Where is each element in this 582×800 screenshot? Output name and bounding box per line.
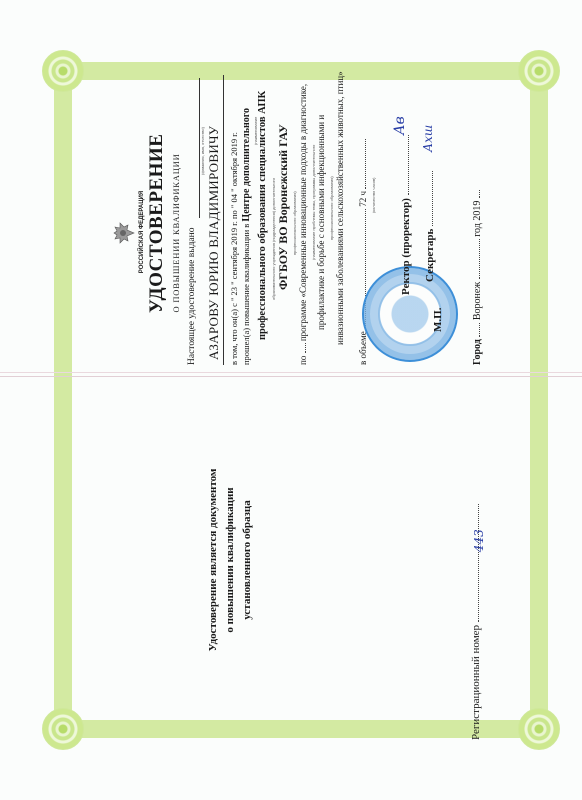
institution-row-1: прошел(а) повышение квалификации в Центр… xyxy=(241,108,252,365)
rector-row: Ректор (проректор) xyxy=(400,135,412,295)
city-value: Воронеж xyxy=(472,282,483,320)
certificate-sheet: Удостоверение является документом о повы… xyxy=(0,0,582,800)
city-label: Город xyxy=(472,339,483,365)
year-value: 2019 xyxy=(472,201,483,221)
certificate-title: УДОСТОВЕРЕНИЕ xyxy=(146,153,168,313)
dates-line: в том, что он(а) с " 23 " сентября 2019 … xyxy=(229,132,239,365)
institution-part-1: Центре дополнительного xyxy=(241,108,252,222)
program-line-2: профилактике и борьбе с основными инфекц… xyxy=(316,115,326,330)
program-line-3: инвазионными заболеваниями сельскохозяйс… xyxy=(335,71,345,345)
rosette-bottom-right xyxy=(518,50,560,92)
statement-block: Удостоверение является документом о повы… xyxy=(205,430,256,690)
country-label: РОССИЙСКАЯ ФЕДЕРАЦИЯ xyxy=(139,187,145,277)
rector-signature: Ав xyxy=(392,116,408,135)
border-left xyxy=(60,720,540,738)
recipient-name-underline xyxy=(223,75,224,365)
fold-line xyxy=(0,376,582,377)
rosette-bottom-left xyxy=(518,708,560,750)
year-label: год xyxy=(472,223,483,237)
fold-line-shadow xyxy=(0,372,582,373)
mp-label: М.П. xyxy=(432,308,444,332)
certificate-subtitle: О ПОВЫШЕНИИ КВАЛИФИКАЦИИ xyxy=(171,153,181,313)
volume-value: 72 ч xyxy=(358,191,368,207)
registration-label: Регистрационный номер xyxy=(470,625,482,740)
institution-caption-3: профессионального образования) xyxy=(292,191,297,255)
rosette-top-left xyxy=(42,708,84,750)
volume-caption: (количество часов) xyxy=(371,178,376,213)
rosette-top-right xyxy=(42,50,84,92)
statement-line-1: Удостоверение является документом xyxy=(205,430,222,690)
secretary-row: Секретарь xyxy=(424,171,436,282)
border-top xyxy=(54,60,72,740)
issued-to-label: Настоящее удостоверение выдано xyxy=(187,228,197,365)
secretary-signature: Ахш xyxy=(421,125,435,152)
institution-part-3: ФГБОУ ВО Воронежский ГАУ xyxy=(276,124,291,290)
name-caption: (фамилия, имя, отчество) xyxy=(200,127,205,175)
city-year-row: Город Воронеж год 2019 xyxy=(472,190,483,365)
coat-of-arms-emblem xyxy=(112,221,138,245)
border-bottom xyxy=(530,60,548,740)
statement-line-3: установленного образца xyxy=(239,430,256,690)
institution-part-2: профессионального образования специалист… xyxy=(257,91,268,340)
registration-row: Регистрационный номер 443 xyxy=(470,504,482,740)
program-line-1: по программе «Современные инновационные … xyxy=(298,84,308,365)
recipient-name: АЗАРОВУ ЮРИЮ ВЛАДИМИРОВИЧУ xyxy=(206,126,222,360)
statement-line-2: о повышении квалификации xyxy=(222,430,239,690)
border-right xyxy=(60,62,540,80)
registration-number: 443 xyxy=(472,529,486,552)
program-caption-2: профессионального образования) xyxy=(329,176,334,240)
